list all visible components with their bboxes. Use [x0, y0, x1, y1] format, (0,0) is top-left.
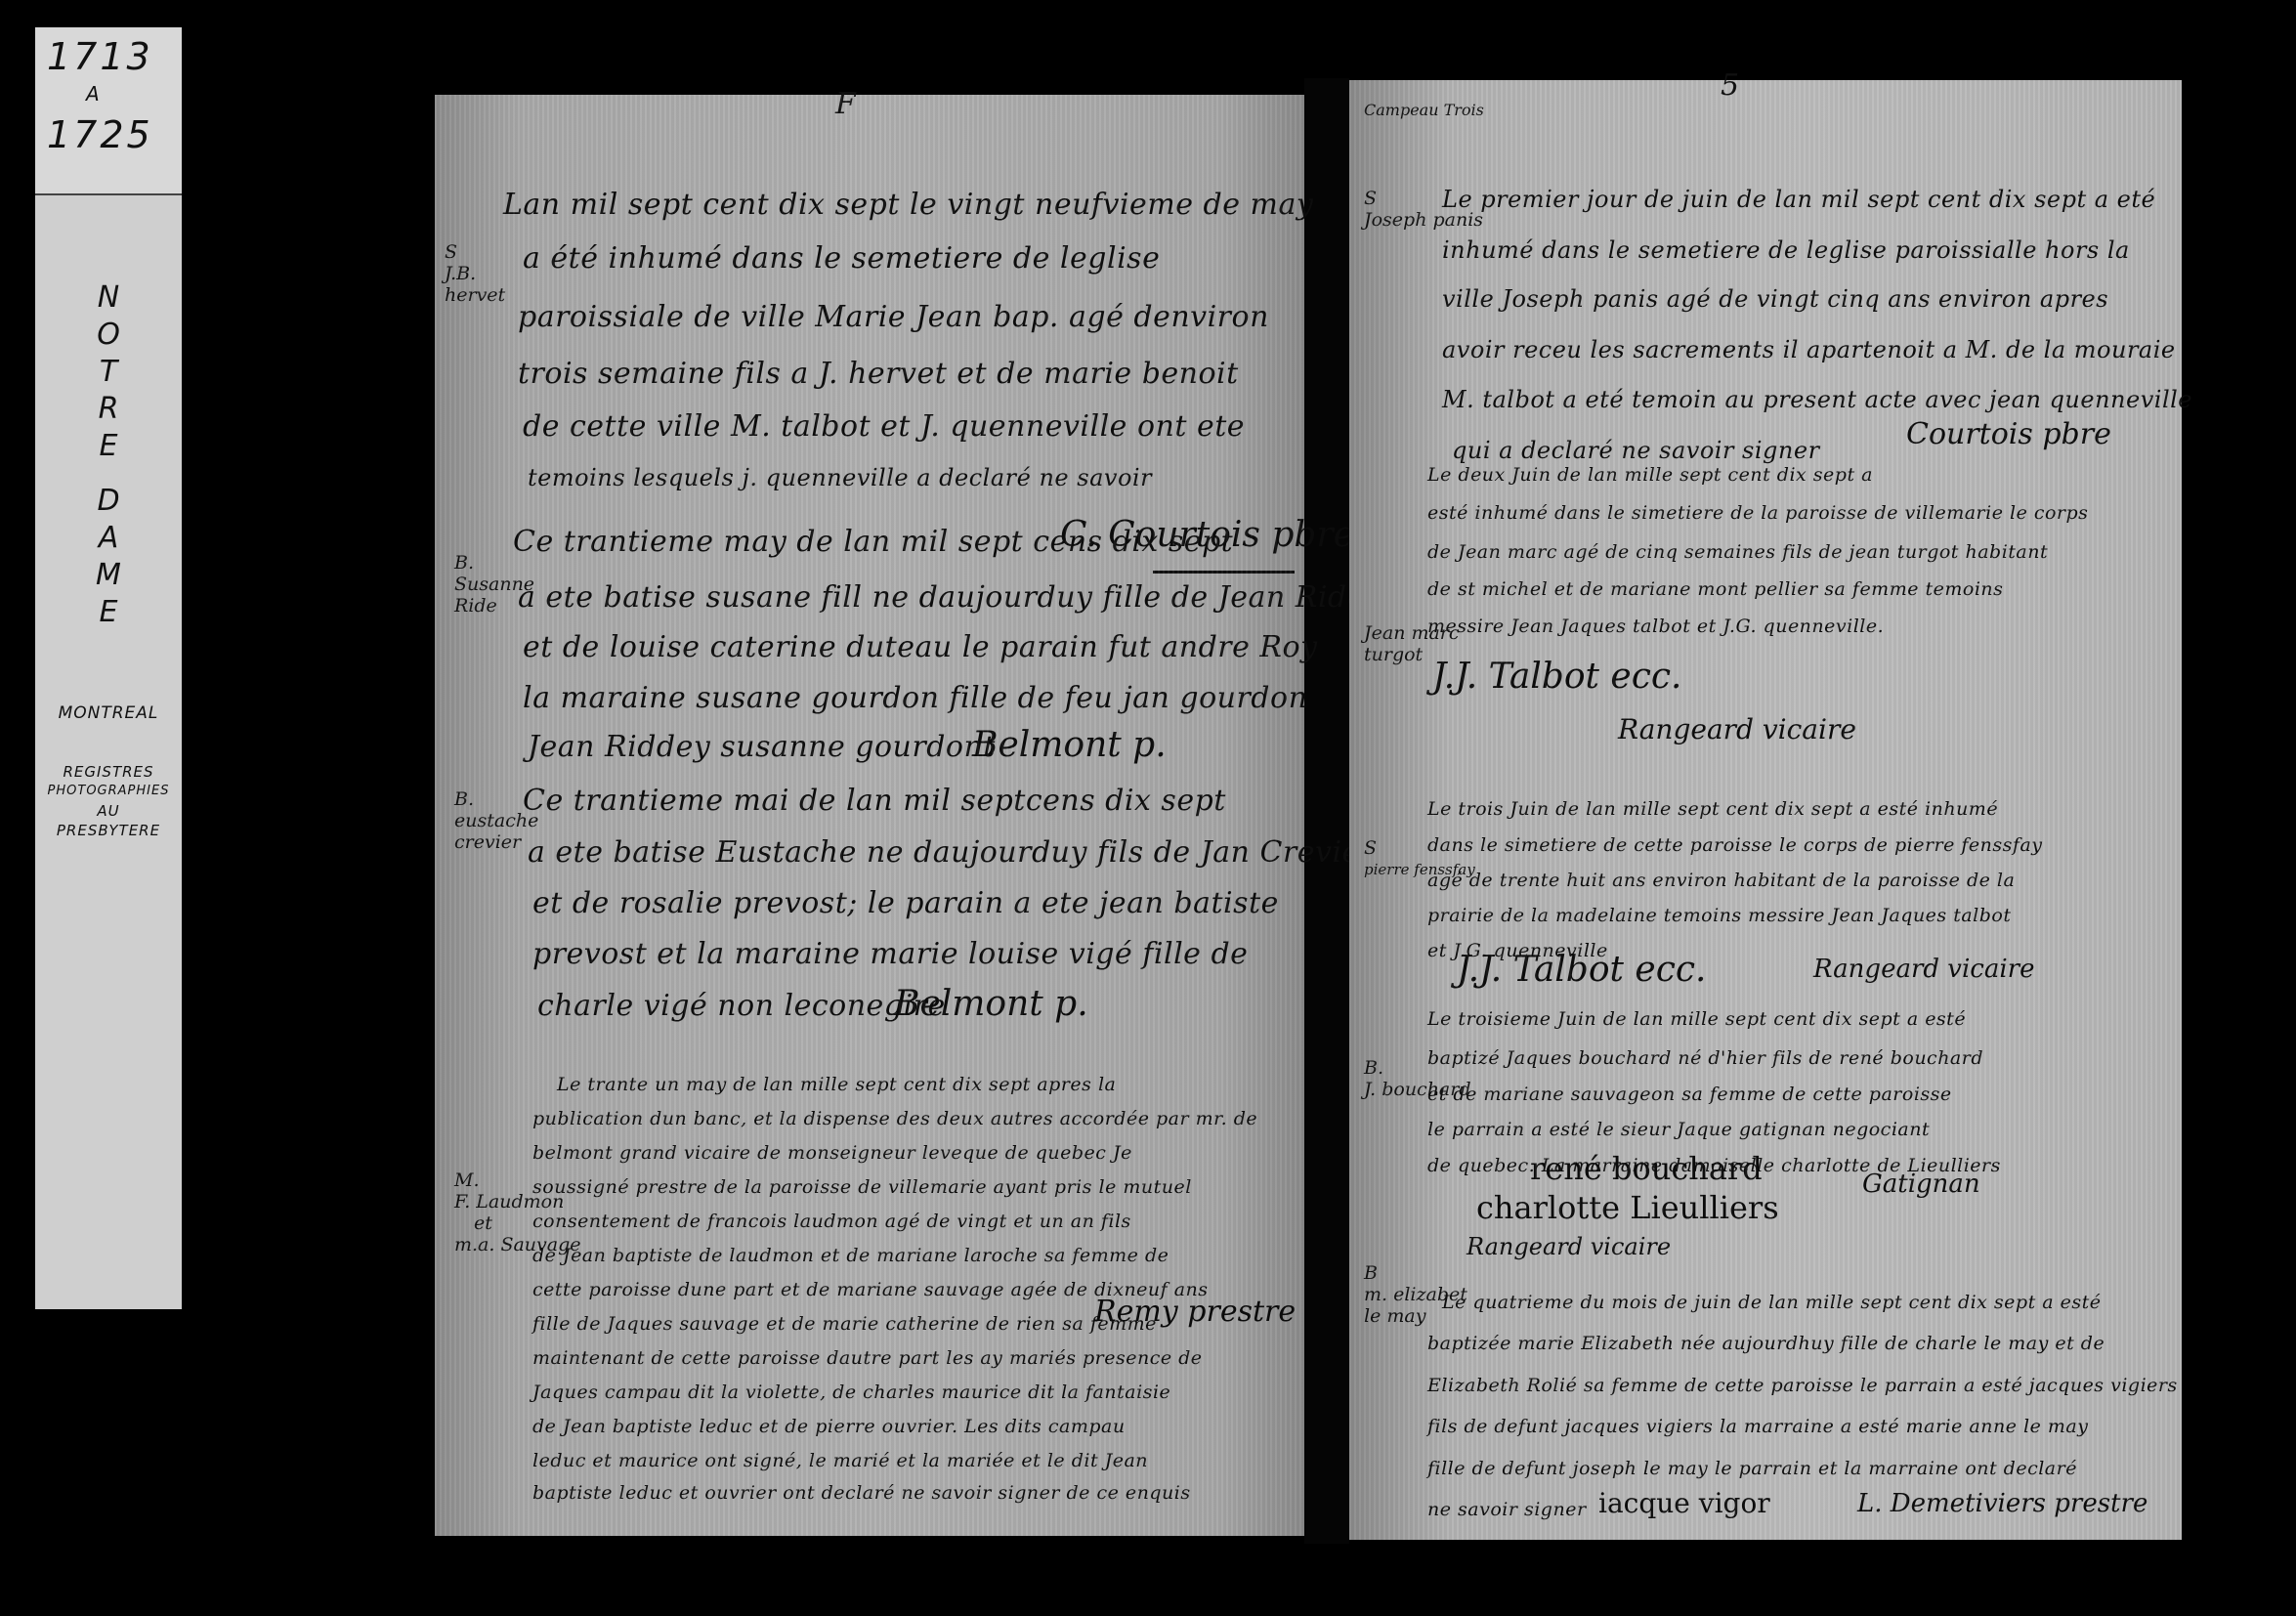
archive-label-strip: 1713 A 1725 N O T R E D A M E MONTREAL R…: [35, 27, 182, 1309]
entry-line: le parrain a esté le sieur Jaque gatigna…: [1427, 1119, 1930, 1140]
label-title-notre-dame: N O T R E D A M E: [35, 279, 182, 631]
entry-line: de cette ville M. talbot et J. quennevil…: [523, 409, 1245, 444]
entry-line: Lan mil sept cent dix sept le vingt neuf…: [503, 188, 1313, 222]
label-caption-line: AU: [35, 801, 182, 821]
signature: charlotte Lieulliers: [1476, 1189, 1779, 1226]
entry-line: a ete batise Eustache ne daujourduy fils…: [528, 835, 1375, 870]
entry-line: ne savoir signer: [1427, 1499, 1587, 1520]
folio-number: 5: [1721, 68, 1739, 103]
entry-line: Ce trantieme may de lan mil sept cens di…: [513, 525, 1233, 559]
entry-line: et de mariane sauvageon sa femme de cett…: [1427, 1084, 1952, 1105]
entry-line: a ete batise susane fill ne daujourduy f…: [518, 580, 1365, 615]
entry-line: qui a declaré ne savoir signer: [1452, 437, 1820, 464]
label-letter: R: [35, 391, 182, 428]
signature: iacque vigor: [1598, 1487, 1770, 1519]
label-caption-line: PHOTOGRAPHIES: [35, 782, 182, 801]
entry-line: Le deux Juin de lan mille sept cent dix …: [1427, 464, 1873, 486]
entry-line: esté inhumé dans le simetiere de la paro…: [1427, 502, 2088, 524]
entry-line: M. talbot a eté temoin au present acte a…: [1442, 386, 2192, 413]
entry-line: Jean Riddey susanne gourdont: [528, 730, 996, 764]
label-year-separator: A: [86, 82, 100, 106]
entry-line: et de louise caterine duteau le parain f…: [523, 630, 1318, 664]
entry-line: Elizabeth Rolié sa femme de cette parois…: [1427, 1375, 2178, 1396]
header-note: Campeau Trois: [1364, 100, 1484, 121]
entry-line: Le premier jour de juin de lan mil sept …: [1442, 186, 2155, 213]
label-letter: M: [35, 557, 182, 594]
signature: Rangeard vicaire: [1467, 1233, 1671, 1260]
book-gutter: [1304, 78, 1349, 1544]
signature: Remy prestre: [1094, 1295, 1296, 1329]
label-caption-line: PRESBYTERE: [35, 821, 182, 840]
signature: J.J. Talbot ecc.: [1457, 950, 1707, 990]
entry-line: fils de defunt jacques vigiers la marrai…: [1427, 1416, 2088, 1437]
margin-note: S J.B. hervet: [445, 241, 505, 306]
entry-line: avoir receu les sacrements il apartenoit…: [1442, 336, 2176, 363]
entry-line: de Jean baptiste leduc et de pierre ouvr…: [532, 1416, 1126, 1437]
entry-line: charle vigé non leconegire: [537, 989, 946, 1023]
folio-number: F: [835, 87, 856, 121]
entry-line: maintenant de cette paroisse dautre part…: [532, 1347, 1203, 1369]
label-letter: A: [35, 520, 182, 557]
signature: J.J. Talbot ecc.: [1432, 657, 1682, 697]
signature: Belmont p.: [972, 725, 1167, 765]
entry-line: Jaques campau dit la violette, de charle…: [532, 1382, 1170, 1403]
entry-line: Le trante un may de lan mille sept cent …: [557, 1074, 1116, 1095]
signature-underline: [1153, 571, 1295, 574]
entry-line: temoins lesquels j. quenneville a declar…: [528, 464, 1152, 491]
entry-line: fille de defunt joseph le may le parrain…: [1427, 1458, 2077, 1479]
entry-line: Le troisieme Juin de lan mille sept cent…: [1427, 1008, 1966, 1030]
label-caption: REGISTRES PHOTOGRAPHIES AU PRESBYTERE: [35, 762, 182, 840]
entry-line: publication dun banc, et la dispense des…: [532, 1108, 1257, 1129]
entry-line: prevost et la maraine marie louise vigé …: [532, 937, 1248, 971]
entry-line: ville Joseph panis agé de vingt cinq ans…: [1442, 285, 2108, 313]
entry-line: fille de Jaques sauvage et de marie cath…: [532, 1313, 1157, 1335]
entry-line: de st michel et de mariane mont pellier …: [1427, 578, 2003, 600]
entry-line: paroissiale de ville Marie Jean bap. agé…: [518, 300, 1269, 334]
entry-line: Le trois Juin de lan mille sept cent dix…: [1427, 798, 1998, 820]
entry-line: consentement de francois laudmon agé de …: [532, 1211, 1131, 1232]
entry-line: Le quatrieme du mois de juin de lan mill…: [1442, 1292, 2102, 1313]
label-city: MONTREAL: [35, 703, 182, 723]
label-year-end: 1725: [47, 113, 153, 156]
signature: Belmont p.: [894, 984, 1088, 1024]
entry-line: Ce trantieme mai de lan mil septcens dix…: [523, 784, 1226, 818]
register-page-right: 5 Campeau Trois S Joseph panis Le premie…: [1349, 80, 2182, 1540]
entry-line: belmont grand vicaire de monseigneur lev…: [532, 1142, 1132, 1164]
label-letter: E: [35, 428, 182, 465]
entry-line: prairie de la madelaine temoins messire …: [1427, 905, 2012, 926]
entry-line: baptiste leduc et ouvrier ont declaré ne…: [532, 1482, 1191, 1504]
signature: rené bouchard: [1530, 1150, 1763, 1187]
entry-line: baptizé Jaques bouchard né d'hier fils d…: [1427, 1047, 1983, 1069]
entry-line: a été inhumé dans le semetiere de leglis…: [523, 241, 1160, 276]
label-caption-line: REGISTRES: [35, 762, 182, 782]
label-year-start: 1713: [47, 35, 153, 78]
entry-line: la maraine susane gourdon fille de feu j…: [523, 681, 1307, 715]
signature: L. Demetiviers prestre: [1857, 1489, 2147, 1518]
entry-line: et de rosalie prevost; le parain a ete j…: [532, 886, 1279, 920]
entry-line: trois semaine fils a J. hervet et de mar…: [518, 357, 1239, 391]
entry-line: dans le simetiere de cette paroisse le c…: [1427, 834, 2043, 856]
signature: Rangeard vicaire: [1813, 955, 2034, 984]
signature: Courtois pbre: [1906, 417, 2111, 451]
label-letter: D: [35, 483, 182, 520]
entry-line: de Jean marc agé de cinq semaines fils d…: [1427, 541, 2048, 563]
label-letter: N: [35, 279, 182, 317]
entry-line: leduc et maurice ont signé, le marié et …: [532, 1450, 1148, 1471]
entry-line: inhumé dans le semetiere de leglise paro…: [1442, 236, 2130, 264]
label-letter: E: [35, 594, 182, 631]
entry-line: messire Jean Jaques talbot et J.G. quenn…: [1427, 616, 1884, 637]
entry-line: soussigné prestre de la paroisse de vill…: [532, 1176, 1192, 1198]
label-letter: O: [35, 317, 182, 354]
entry-line: baptizée marie Elizabeth née aujourdhuy …: [1427, 1333, 2105, 1354]
label-year-range: 1713 A 1725: [35, 27, 182, 195]
label-gap: [35, 465, 182, 483]
signature: Gatignan: [1862, 1169, 1980, 1199]
entry-line: de Jean baptiste de laudmon et de marian…: [532, 1245, 1169, 1266]
signature: Rangeard vicaire: [1618, 713, 1856, 745]
label-letter: T: [35, 354, 182, 391]
entry-line: agé de trente huit ans environ habitant …: [1427, 870, 2015, 891]
